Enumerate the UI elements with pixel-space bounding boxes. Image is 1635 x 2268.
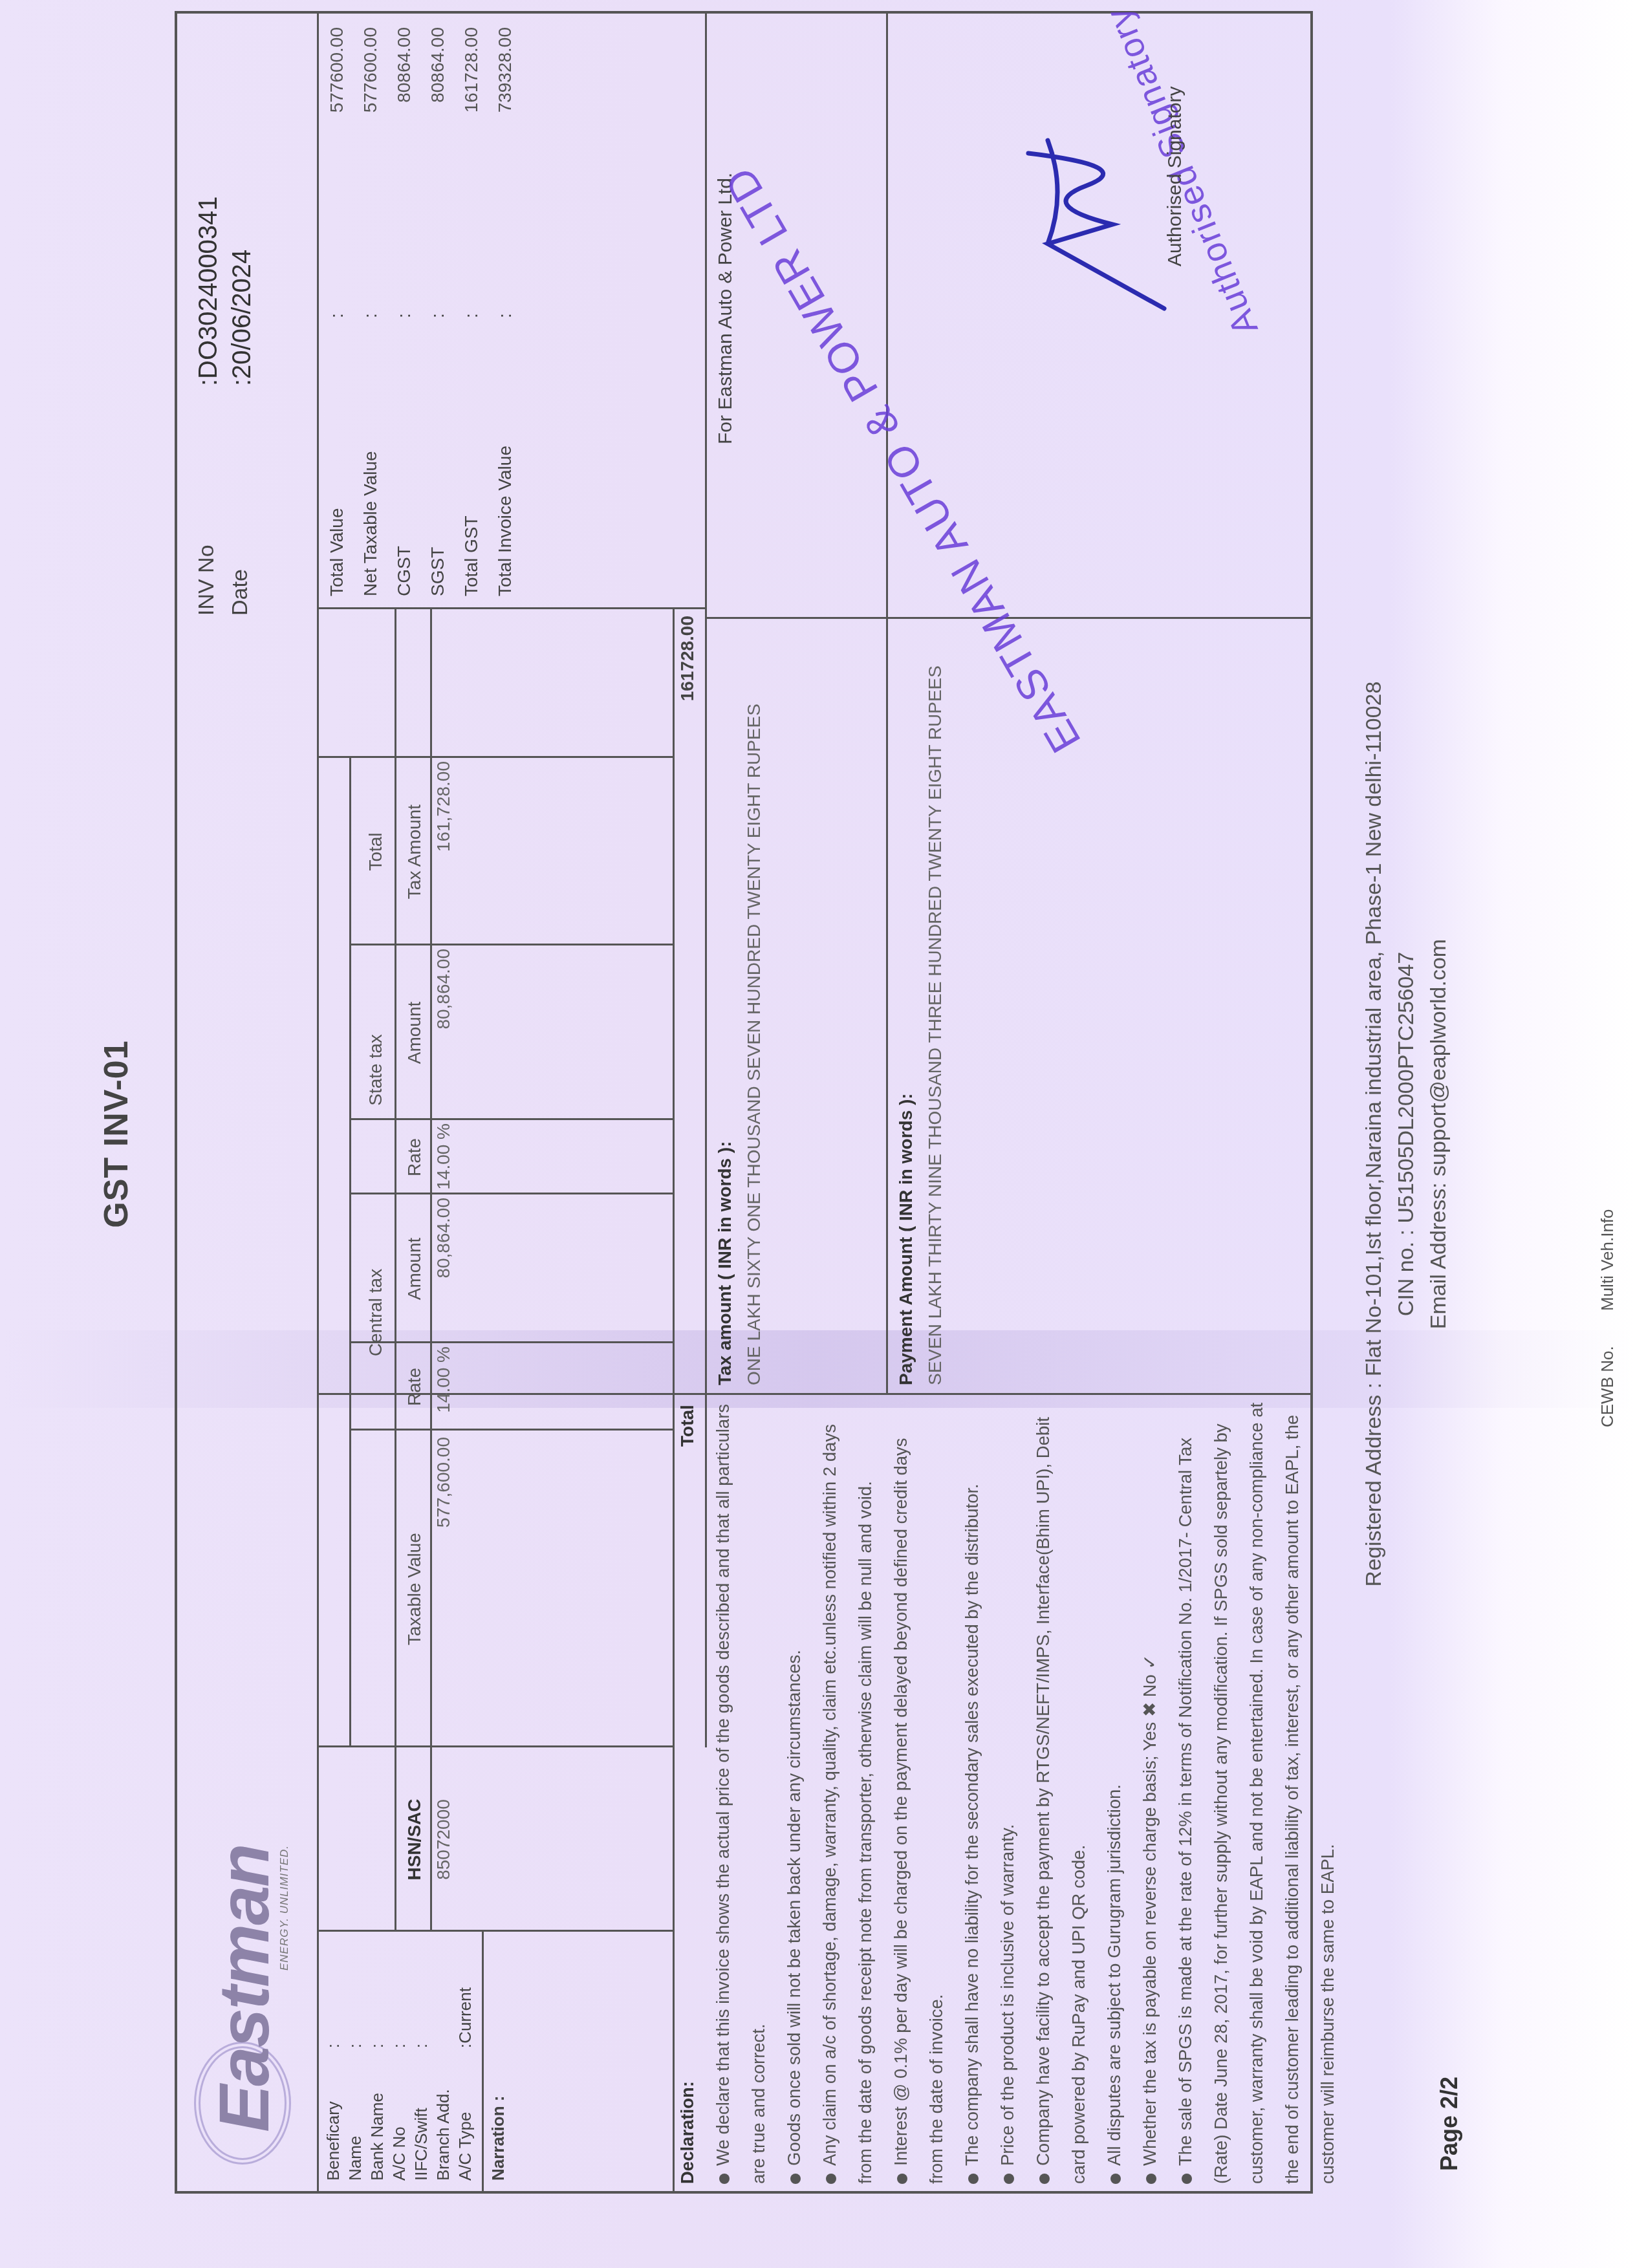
summary-colon: : bbox=[428, 313, 448, 318]
hsn-header: HSN/SAC bbox=[404, 1747, 425, 1932]
summary-colon: : bbox=[495, 313, 515, 318]
total-header: Total bbox=[365, 758, 386, 945]
divider bbox=[430, 609, 432, 1932]
tax-table: HSN/SAC Taxable Value Central tax Rate A… bbox=[317, 609, 673, 1932]
bank-row-value: :Current bbox=[455, 1987, 475, 2048]
summary-label: Net Taxable Value bbox=[360, 451, 381, 596]
bullet-icon bbox=[1146, 2174, 1156, 2184]
bank-row: A/C Type:Current bbox=[455, 1935, 476, 2181]
bank-row: IIFC/Swift: bbox=[411, 1935, 432, 2181]
bullet-icon bbox=[897, 2174, 907, 2184]
summary-row: CGST:80864.00 bbox=[394, 27, 420, 596]
divider bbox=[317, 607, 705, 609]
bullet-icon bbox=[790, 2174, 801, 2184]
bank-row: Branch Add. bbox=[433, 1935, 454, 2181]
bullet-icon bbox=[1039, 2174, 1050, 2184]
declaration-text: We declare that this invoice shows the a… bbox=[713, 1404, 768, 2184]
summary-colon: : bbox=[461, 313, 482, 318]
tax-amount-header: Tax Amount bbox=[404, 758, 425, 945]
divider bbox=[349, 1193, 673, 1194]
date-label: Date bbox=[228, 569, 253, 616]
declaration-text: Any claim on a/c of shortage, damage, wa… bbox=[819, 1424, 875, 2184]
declaration-heading: Declaration: bbox=[669, 1401, 705, 2184]
inv-no-label: INV No bbox=[194, 545, 219, 616]
declaration-text: Goods once sold will not be taken back u… bbox=[784, 1650, 804, 2166]
invoice-sheet: GST INV-01 Eastman ENERGY. UNLIMITED. IN… bbox=[0, 0, 1635, 2268]
declaration-text: The sale of SPGS is made at the rate of … bbox=[1175, 1403, 1337, 2184]
state-tax-header: State tax bbox=[365, 945, 386, 1194]
tax-amount-cell: 161,728.00 bbox=[433, 761, 454, 945]
eastman-logo: Eastman ENERGY. UNLIMITED. bbox=[194, 1802, 304, 2165]
declaration-text: All disputes are subject to Gurugram jur… bbox=[1104, 1784, 1124, 2166]
declaration-item: Interest @ 0.1% per day will be charged … bbox=[883, 1401, 954, 2184]
cewb-value: Multi Veh.Info bbox=[1597, 1209, 1618, 1311]
summary-row: SGST:80864.00 bbox=[428, 27, 453, 596]
bank-row-label: A/C Type bbox=[455, 2112, 475, 2181]
bank-row-label: Name bbox=[345, 2136, 365, 2181]
bullet-icon bbox=[826, 2174, 836, 2184]
central-tax-header: Central tax bbox=[365, 1194, 386, 1431]
cin-number: CIN no. : U51505DL2000PTC256047 bbox=[1394, 0, 1419, 2268]
page-number: Page 2/2 bbox=[1436, 2077, 1463, 2171]
summary-colon: : bbox=[327, 313, 347, 318]
summary-value: 577600.00 bbox=[327, 27, 347, 221]
cgst-rate-header: Rate bbox=[404, 1343, 425, 1431]
bullet-icon bbox=[719, 2174, 730, 2184]
divider bbox=[317, 1745, 673, 1747]
payment-words-label: Payment Amount ( INR in words ): bbox=[896, 1093, 916, 1385]
cgst-amount-header: Amount bbox=[404, 1194, 425, 1343]
summary-label: CGST bbox=[394, 546, 415, 596]
registered-address: Registered Address : Flat No-101,Ist flo… bbox=[1361, 0, 1387, 2268]
taxable-value-cell: 577,600.00 bbox=[433, 1437, 454, 1747]
summary-value: 577600.00 bbox=[360, 27, 381, 221]
bank-row-label: Beneficary bbox=[323, 2101, 343, 2181]
declaration-item: The sale of SPGS is made at the rate of … bbox=[1167, 1401, 1345, 2184]
declaration-item: All disputes are subject to Gurugram jur… bbox=[1096, 1401, 1132, 2184]
hsn-cell: 85072000 bbox=[433, 1747, 454, 1932]
declaration: Declaration: We declare that this invoic… bbox=[669, 1401, 1345, 2184]
bank-row-separator: : bbox=[411, 2044, 431, 2048]
narration-label: Narration : bbox=[488, 2096, 508, 2181]
bank-row: Name: bbox=[345, 1935, 366, 2181]
cgst-rate-cell: 14.00 % bbox=[433, 1346, 454, 1431]
bullet-icon bbox=[1004, 2174, 1014, 2184]
taxable-value-header: Taxable Value bbox=[404, 1431, 425, 1747]
bank-row: Bank Name: bbox=[367, 1935, 388, 2181]
divider bbox=[349, 758, 351, 1747]
declaration-item: Whether the tax is payable on reverse ch… bbox=[1132, 1401, 1167, 2184]
summary-row: Total Value:577600.00 bbox=[327, 27, 352, 596]
cewb-label: CEWB No. bbox=[1597, 1346, 1618, 1427]
declaration-text: Price of the product is inclusive of war… bbox=[997, 1824, 1017, 2166]
authorised-signatory: Authorised Signatory bbox=[1164, 87, 1186, 267]
declaration-item: Goods once sold will not be taken back u… bbox=[776, 1401, 812, 2184]
bullet-icon bbox=[968, 2174, 979, 2184]
summary-label: Total Value bbox=[327, 508, 347, 596]
summary-row: Net Taxable Value:577600.00 bbox=[360, 27, 386, 596]
handwritten-signature-icon bbox=[1009, 127, 1177, 321]
date-value: :20/06/2024 bbox=[228, 250, 257, 386]
declaration-item: Any claim on a/c of shortage, damage, wa… bbox=[812, 1401, 883, 2184]
divider bbox=[395, 609, 396, 1932]
summary-row: Total GST:161728.00 bbox=[461, 27, 487, 596]
declaration-list: We declare that this invoice shows the a… bbox=[705, 1401, 1345, 2184]
bullet-icon bbox=[1182, 2174, 1192, 2184]
sgst-rate-cell: 14.00 % bbox=[433, 1123, 454, 1194]
email-address: Email Address: support@eaplworld.com bbox=[1426, 0, 1451, 2268]
summary-colon: : bbox=[360, 313, 381, 318]
tax-words-label: Tax amount ( INR in words ): bbox=[715, 1141, 735, 1385]
summary-label: SGST bbox=[428, 547, 448, 596]
summary-value: 80864.00 bbox=[394, 27, 415, 221]
payment-words: SEVEN LAKH THIRTY NINE THOUSAND THREE HU… bbox=[925, 665, 946, 1385]
bank-row-separator: : bbox=[367, 2044, 387, 2048]
bullet-icon bbox=[1110, 2174, 1121, 2184]
bank-row-label: A/C No bbox=[389, 2126, 409, 2181]
logo-tagline: ENERGY. UNLIMITED. bbox=[278, 1845, 291, 1971]
divider bbox=[349, 944, 673, 945]
sgst-amount-cell: 80,864.00 bbox=[433, 949, 454, 1120]
bank-row-label: Branch Add. bbox=[433, 2089, 453, 2181]
divider bbox=[349, 1341, 673, 1343]
divider bbox=[482, 1932, 484, 2194]
bank-row-separator: : bbox=[345, 2044, 365, 2048]
bank-row-label: IIFC/Swift bbox=[411, 2108, 431, 2181]
divider bbox=[886, 11, 888, 1395]
bank-row: Beneficary: bbox=[323, 1935, 344, 2181]
summary-value: 161728.00 bbox=[461, 27, 482, 221]
divider bbox=[349, 1429, 673, 1431]
summary-label: Total GST bbox=[461, 516, 482, 596]
declaration-item: Company have facility to accept the paym… bbox=[1025, 1401, 1096, 2184]
summary-value: 739328.00 bbox=[495, 27, 515, 221]
summary-row: Total Invoice Value:739328.00 bbox=[495, 27, 521, 596]
bank-row-label: Bank Name bbox=[367, 2093, 387, 2181]
summary-label: Total Invoice Value bbox=[495, 446, 515, 596]
declaration-text: Interest @ 0.1% per day will be charged … bbox=[891, 1438, 946, 2184]
declaration-text: Company have facility to accept the paym… bbox=[1033, 1417, 1088, 2184]
declaration-item: Price of the product is inclusive of war… bbox=[990, 1401, 1025, 2184]
divider bbox=[349, 1118, 673, 1120]
bank-row: A/C No: bbox=[389, 1935, 410, 2181]
logo-text: Eastman bbox=[203, 1844, 285, 2132]
bank-row-separator: : bbox=[323, 2044, 343, 2048]
tax-words: ONE LAKH SIXTY ONE THOUSAND SEVEN HUNDRE… bbox=[744, 704, 764, 1385]
declaration-item: The company shall have no liability for … bbox=[954, 1401, 990, 2184]
total-tax-amount: 161728.00 bbox=[677, 616, 698, 758]
cgst-amount-cell: 80,864.00 bbox=[433, 1198, 454, 1343]
bank-row-separator: : bbox=[389, 2044, 409, 2048]
document-title: GST INV-01 bbox=[97, 0, 136, 2268]
declaration-text: Whether the tax is payable on reverse ch… bbox=[1140, 1654, 1160, 2166]
sgst-amount-header: Amount bbox=[404, 945, 425, 1120]
declaration-text: The company shall have no liability for … bbox=[962, 1484, 982, 2166]
sgst-rate-header: Rate bbox=[404, 1120, 425, 1194]
summary-value: 80864.00 bbox=[428, 27, 448, 221]
summary-colon: : bbox=[394, 313, 415, 318]
inv-no-value: :DO3024000341 bbox=[194, 196, 223, 386]
declaration-item: We declare that this invoice shows the a… bbox=[705, 1401, 776, 2184]
